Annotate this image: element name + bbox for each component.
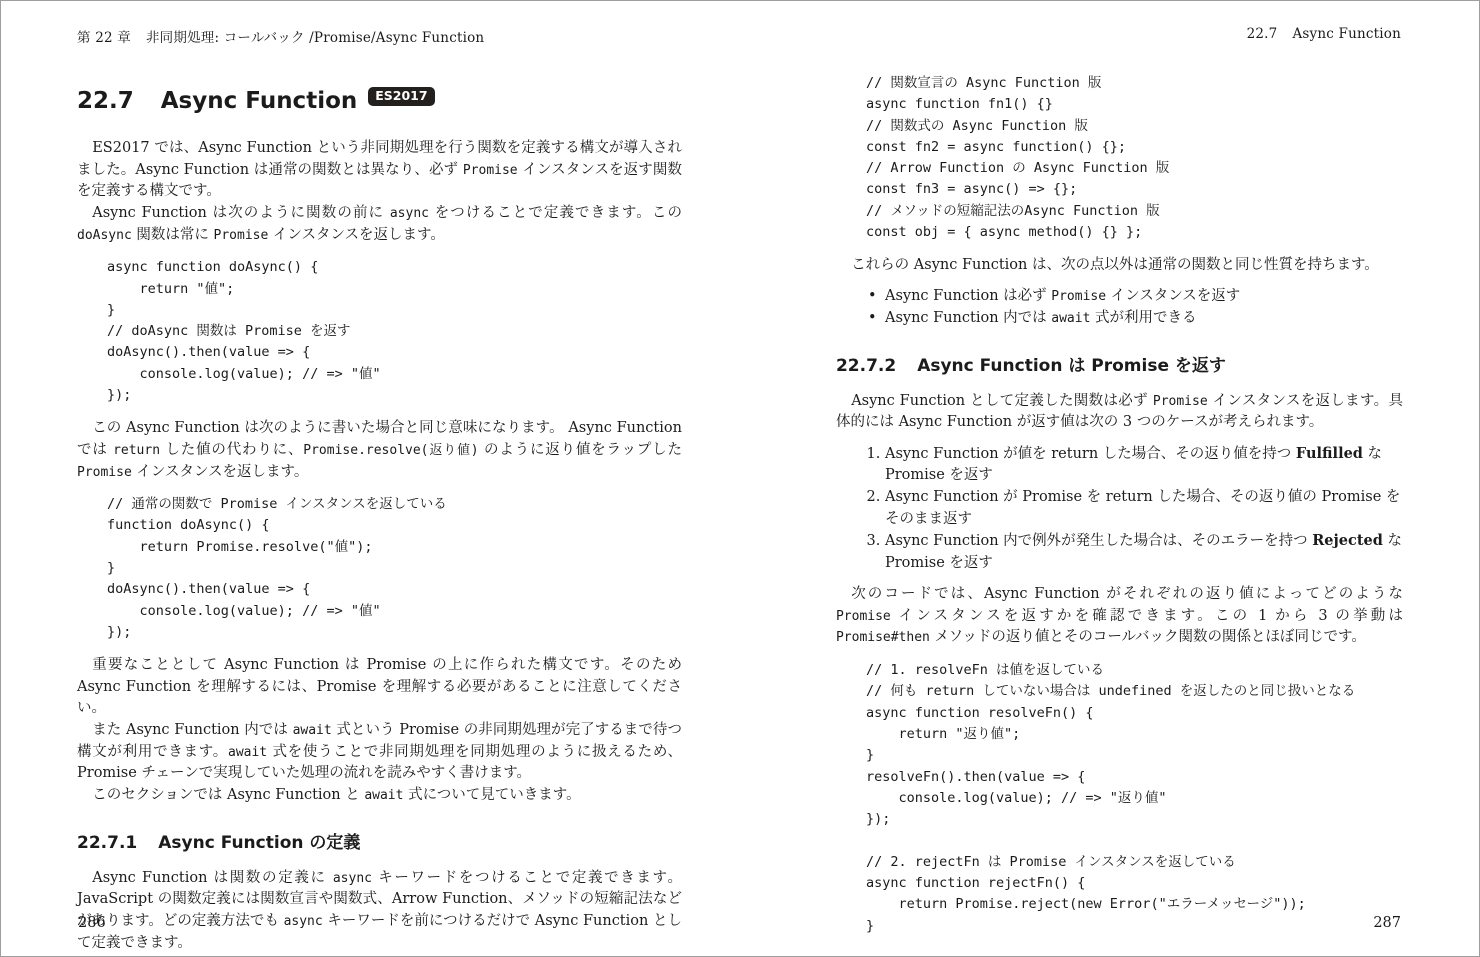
text-run: した値の代わりに、 <box>160 442 303 458</box>
text-run: 関数は常に <box>132 227 214 243</box>
list-item: Async Function が値を return した場合、その返り値を持つ … <box>885 443 1403 487</box>
text-run: 次のコードでは、Async Function がそれぞれの返り値によってどのよう… <box>851 586 1403 602</box>
text-run: インスタンスを返します。 <box>268 227 445 243</box>
page-right: // 関数宣言の Async Function 版 async function… <box>740 1 1479 956</box>
bullet-list: Async Function は必ず Promise インスタンスを返すAsyn… <box>836 286 1403 329</box>
text-run: Async Function 内で例外が発生した場合は、そのエラーを持つ <box>885 533 1312 549</box>
paragraph: Async Function は関数の定義に async キーワードをつけること… <box>77 868 682 954</box>
inline-code: doAsync <box>77 228 132 243</box>
subheading-title: Async Function の定義 <box>158 833 360 853</box>
book-spread: 第 22 章非同期処理: コールバック /Promise/Async Funct… <box>0 0 1480 957</box>
inline-code: await <box>228 745 267 760</box>
section-number: 22.7 <box>1247 26 1278 42</box>
text-run: インスタンスを返します。 <box>132 464 309 480</box>
text-run: Async Function は必ず <box>885 288 1051 304</box>
text-run: また Async Function 内では <box>92 722 292 738</box>
page-left: 22.7 Async Function ES2017 ES2017 では、Asy… <box>1 1 740 956</box>
inline-code: async <box>284 914 323 929</box>
text-run: Async Function として定義した関数は必ず <box>851 393 1153 409</box>
numbered-list: Async Function が値を return した場合、その返り値を持つ … <box>836 443 1403 575</box>
paragraph: 次のコードでは、Async Function がそれぞれの返り値によってどのよう… <box>836 584 1403 649</box>
inline-code: await <box>1051 311 1090 326</box>
inline-code: Promise <box>836 609 891 624</box>
inline-code: Promise#then <box>836 630 930 645</box>
text-run: Async Function は次のように関数の前に <box>92 205 390 221</box>
inline-code: return <box>113 443 160 458</box>
paragraph: 重要なこととして Async Function は Promise の上に作られ… <box>77 655 682 720</box>
inline-code: await <box>293 723 332 738</box>
page-number-left: 286 <box>78 915 106 931</box>
code-block: // 関数宣言の Async Function 版 async function… <box>866 73 1403 243</box>
code-block: // 1. resolveFn は値を返している // 何も return して… <box>866 660 1403 937</box>
subheading: 22.7.1Async Function の定義 <box>77 833 682 853</box>
running-head-right: 22.7Async Function <box>1247 26 1401 42</box>
section-heading: 22.7 Async Function ES2017 <box>77 89 682 114</box>
text-run: インスタンスを返すかを確認できます。この 1 から 3 の挙動は <box>891 608 1403 624</box>
paragraph: Async Function として定義した関数は必ず Promise インスタ… <box>836 391 1403 434</box>
text-run: これらの Async Function は、次の点以外は通常の関数と同じ性質を持… <box>851 257 1379 273</box>
code-block: // 通常の関数で Promise インスタンスを返している function … <box>107 494 682 643</box>
running-head-left: 第 22 章非同期処理: コールバック /Promise/Async Funct… <box>77 26 484 46</box>
inline-code: Promise <box>214 228 269 243</box>
inline-code: async <box>390 206 429 221</box>
paragraph: Async Function は次のように関数の前に async をつけることで… <box>77 203 682 246</box>
text-run: Async Function が Promise を return した場合、そ… <box>885 489 1400 527</box>
paragraph: これらの Async Function は、次の点以外は通常の関数と同じ性質を持… <box>836 255 1403 277</box>
text-run: 式について見ていきます。 <box>403 787 580 803</box>
list-item: Async Function 内では await 式が利用できる <box>868 308 1403 330</box>
text-run: このセクションでは Async Function と <box>92 787 364 803</box>
inline-code: Promise.resolve(返り値) <box>303 443 478 458</box>
left-page-content: ES2017 では、Async Function という非同期処理を行う関数を定… <box>77 138 682 954</box>
text-run: Fulfilled <box>1296 445 1363 462</box>
chapter-title: 非同期処理: コールバック /Promise/Async Function <box>146 30 484 46</box>
text-run: メソッドの返り値とそのコールバック関数の関係とほぼ同じです。 <box>930 629 1366 645</box>
section-heading-number: 22.7 <box>77 89 134 114</box>
inline-code: Promise <box>77 465 132 480</box>
right-page-content: // 関数宣言の Async Function 版 async function… <box>836 73 1403 937</box>
text-run: Async Function は関数の定義に <box>92 870 333 886</box>
inline-code: Promise <box>1051 289 1106 304</box>
text-run: Async Function 内では <box>885 310 1051 326</box>
subheading-title: Async Function は Promise を返す <box>917 356 1226 376</box>
chapter-number: 第 22 章 <box>77 30 131 46</box>
code-block: async function doAsync() { return "値"; }… <box>107 257 682 406</box>
paragraph: ES2017 では、Async Function という非同期処理を行う関数を定… <box>77 138 682 203</box>
paragraph: また Async Function 内では await 式という Promise… <box>77 720 682 785</box>
inline-code: Promise <box>463 163 518 178</box>
list-item: Async Function 内で例外が発生した場合は、そのエラーを持つ Rej… <box>885 530 1403 574</box>
subheading: 22.7.2Async Function は Promise を返す <box>836 356 1403 376</box>
text-run: のように返り値をラップした <box>479 442 682 458</box>
text-run: 式が利用できる <box>1090 310 1196 326</box>
list-item: Async Function が Promise を return した場合、そ… <box>885 487 1403 530</box>
text-run: インスタンスを返す <box>1106 288 1240 304</box>
paragraph: このセクションでは Async Function と await 式について見て… <box>77 785 682 807</box>
subheading-number: 22.7.2 <box>836 356 896 376</box>
text-run: 重要なこととして Async Function は Promise の上に作られ… <box>77 657 682 716</box>
text-run: Async Function が値を return した場合、その返り値を持つ <box>885 446 1296 462</box>
es2017-badge: ES2017 <box>368 87 434 106</box>
page-number-right: 287 <box>1373 915 1401 931</box>
list-item: Async Function は必ず Promise インスタンスを返す <box>868 286 1403 308</box>
text-run: をつけることで定義できます。この <box>429 205 682 221</box>
inline-code: await <box>364 788 403 803</box>
inline-code: Promise <box>1153 394 1208 409</box>
paragraph: この Async Function は次のように書いた場合と同じ意味になります。… <box>77 418 682 483</box>
page-columns: 22.7 Async Function ES2017 ES2017 では、Asy… <box>1 1 1479 956</box>
subheading-number: 22.7.1 <box>77 833 137 853</box>
inline-code: async <box>333 871 372 886</box>
section-heading-title: Async Function <box>161 89 358 114</box>
text-run: Rejected <box>1312 532 1383 549</box>
section-title: Async Function <box>1292 26 1401 42</box>
